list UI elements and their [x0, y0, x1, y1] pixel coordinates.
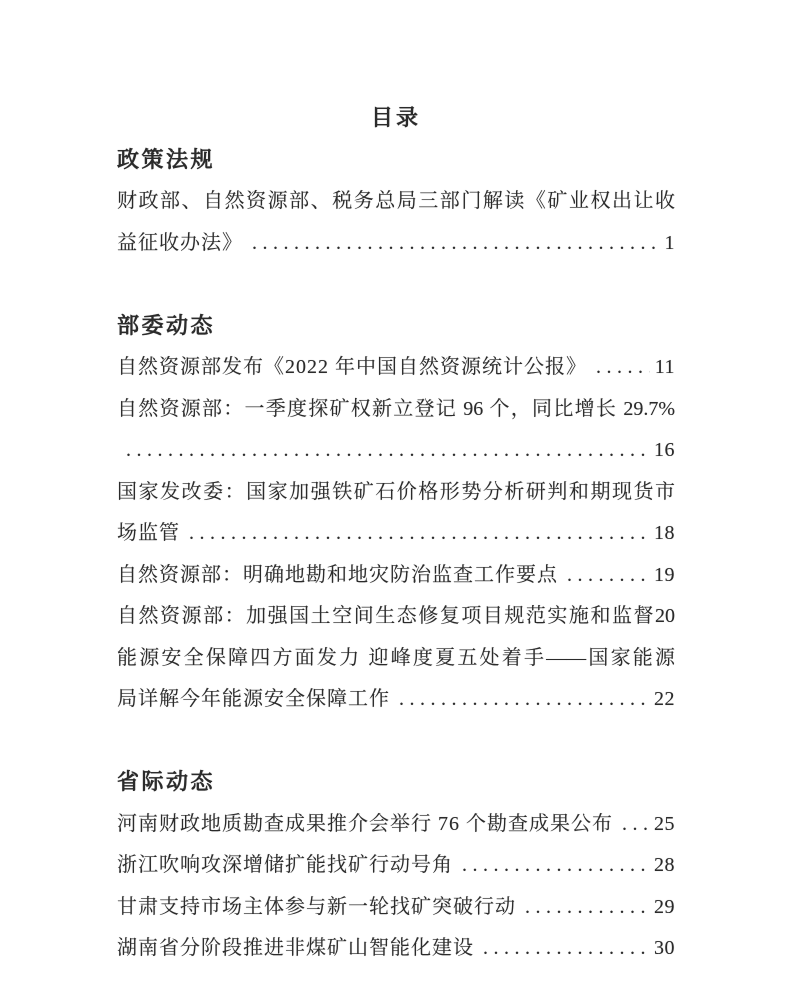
page-number: 22: [649, 684, 675, 714]
page-number: 25: [649, 809, 675, 839]
entry-text: 甘肃支持市场主体参与新一轮找矿突破行动: [117, 892, 516, 922]
toc-entry-line: ........................................…: [117, 435, 675, 477]
toc-entry-line: 国家发改委：国家加强铁矿石价格形势分析研判和期现货市: [117, 477, 675, 519]
section-heading: 政策法规: [117, 145, 675, 187]
toc-sections: 政策法规财政部、自然资源部、税务总局三部门解读《矿业权出让收益征收办法》....…: [117, 145, 675, 975]
page-number: 19: [649, 560, 675, 590]
entry-text: 湖南省分阶段推进非煤矿山智能化建设: [117, 933, 474, 963]
toc-entry-line: 局详解今年能源安全保障工作...........................…: [117, 684, 675, 726]
toc-entry-line: 湖南省分阶段推进非煤矿山智能化建设.......................…: [117, 933, 675, 975]
page-number: 29: [649, 892, 675, 922]
entry-text: 浙江吹响攻深增储扩能找矿行动号角: [117, 850, 453, 880]
page-number: 28: [649, 850, 675, 880]
dot-leader: ........................................…: [243, 228, 660, 258]
toc-section: 部委动态自然资源部发布《2022 年中国自然资源统计公报》...........…: [117, 311, 675, 726]
dot-leader: ........................................…: [180, 518, 649, 548]
toc-entry-line: 自然资源部：明确地勘和地灾防治监查工作要点...................…: [117, 560, 675, 602]
toc-entry-line: 自然资源部发布《2022 年中国自然资源统计公报》...............…: [117, 352, 675, 394]
section-heading: 部委动态: [117, 311, 675, 353]
toc-section: 省际动态河南财政地质勘查成果推介会举行 76 个勘查成果公布..........…: [117, 767, 675, 975]
entry-text: 河南财政地质勘查成果推介会举行 76 个勘查成果公布: [117, 809, 613, 839]
entry-text: 益征收办法》: [117, 228, 243, 258]
dot-leader: ........................................…: [474, 933, 649, 963]
dot-leader: ........................................…: [613, 809, 649, 839]
page-number: 18: [649, 518, 675, 548]
entry-text: 自然资源部：明确地勘和地灾防治监查工作要点: [117, 560, 558, 590]
dot-leader: ........................................…: [587, 352, 650, 382]
toc-entry-line: 场监管.....................................…: [117, 518, 675, 560]
toc-entry-line: 财政部、自然资源部、税务总局三部门解读《矿业权出让收: [117, 186, 675, 228]
dot-leader: ........................................…: [453, 850, 649, 880]
toc-entry-line: 河南财政地质勘查成果推介会举行 76 个勘查成果公布..............…: [117, 809, 675, 851]
page-number: 11: [650, 352, 675, 382]
toc-entry-line: 能源安全保障四方面发力 迎峰度夏五处着手——国家能源: [117, 643, 675, 685]
toc-entry-line: 益征收办法》..................................…: [117, 228, 675, 270]
toc-entry-line: 浙江吹响攻深增储扩能找矿行动号角........................…: [117, 850, 675, 892]
page-number: 1: [660, 228, 676, 258]
document-page: 目录 政策法规财政部、自然资源部、税务总局三部门解读《矿业权出让收益征收办法》.…: [0, 0, 791, 997]
entry-text: 局详解今年能源安全保障工作: [117, 684, 390, 714]
toc-entry-line: 自然资源部：一季度探矿权新立登记 96 个，同比增长 29.7%: [117, 394, 675, 436]
page-number: 30: [649, 933, 675, 963]
dot-leader: ........................................…: [558, 560, 649, 590]
dot-leader: ........................................…: [516, 892, 649, 922]
page-title: 目录: [117, 103, 675, 145]
toc-section: 政策法规财政部、自然资源部、税务总局三部门解读《矿业权出让收益征收办法》....…: [117, 145, 675, 270]
entry-text: 场监管: [117, 518, 180, 548]
dot-leader: ........................................…: [117, 435, 649, 465]
page-number: 16: [649, 435, 675, 465]
toc-entry-line: 自然资源部：加强国土空间生态修复项目规范实施和监督20: [117, 601, 675, 643]
entry-text: 自然资源部发布《2022 年中国自然资源统计公报》: [117, 352, 587, 382]
dot-leader: ........................................…: [390, 684, 649, 714]
toc-entry-line: 甘肃支持市场主体参与新一轮找矿突破行动.....................…: [117, 892, 675, 934]
section-heading: 省际动态: [117, 767, 675, 809]
